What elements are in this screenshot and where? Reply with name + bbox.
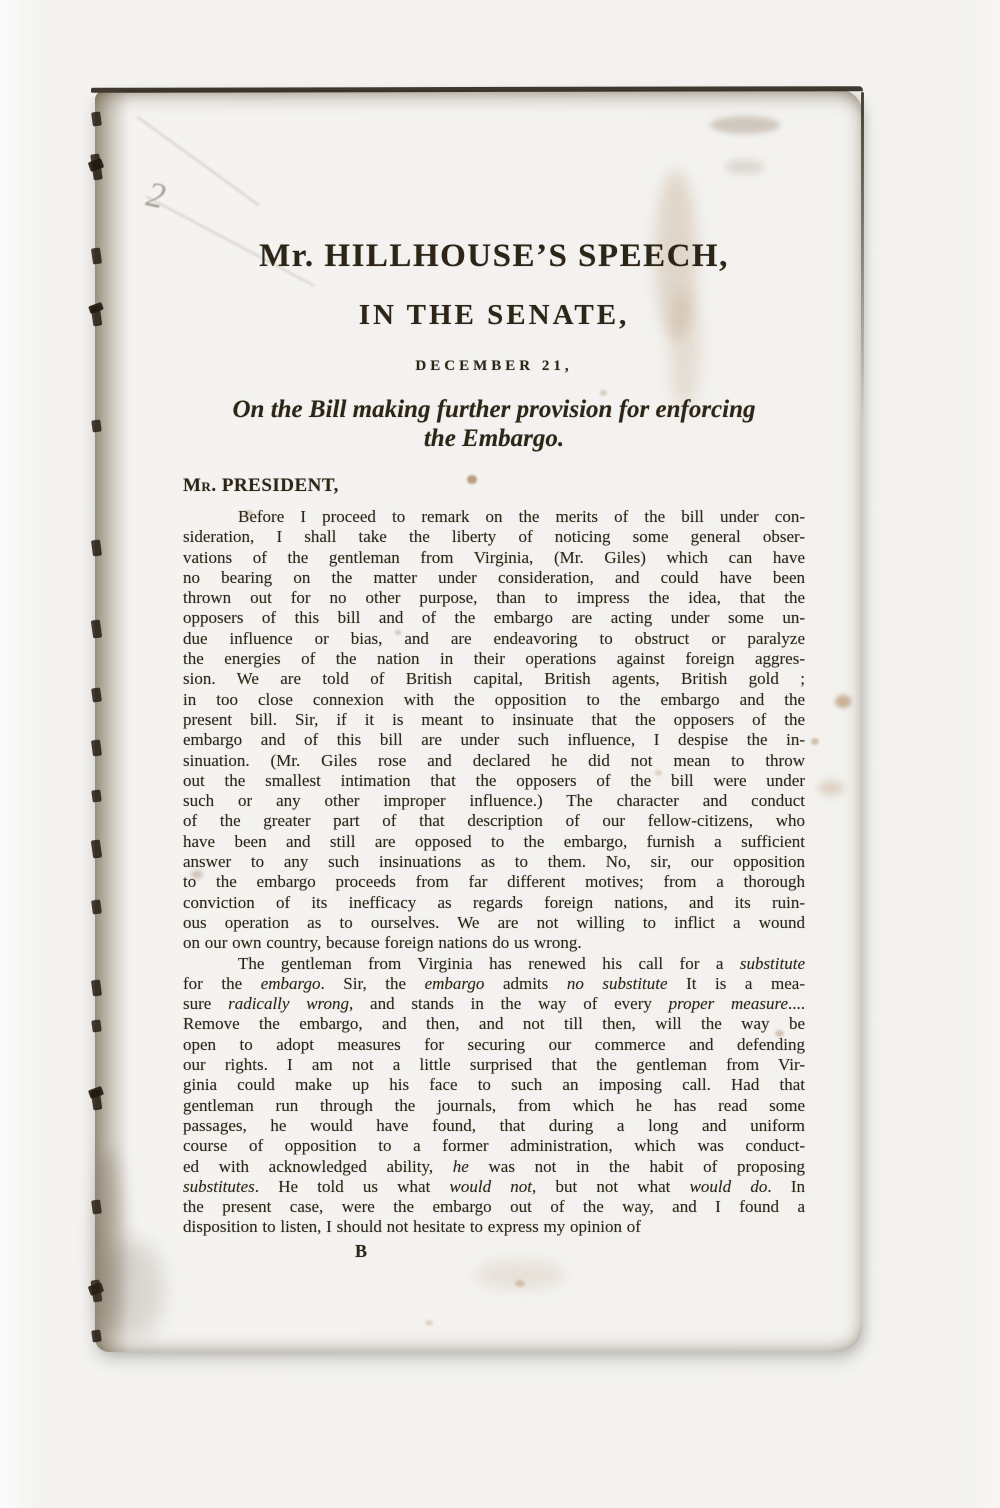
- body-line-segment: thrown out for no other purpose, than to…: [183, 588, 805, 607]
- body-line-segment: for the: [183, 974, 261, 993]
- body-line-segment: ed with acknowledged ability,: [183, 1157, 453, 1176]
- body-line-italic-segment: radically wrong: [228, 994, 349, 1013]
- body-line: on our own country, because foreign nati…: [183, 933, 805, 953]
- body-line-segment: . In: [767, 1177, 805, 1196]
- body-line: no bearing on the matter under considera…: [183, 568, 805, 588]
- body-line: out the smallest intimation that the opp…: [183, 771, 805, 791]
- body-line-segment: sion. We are told of British capital, Br…: [183, 669, 805, 688]
- stain: [425, 1320, 433, 1326]
- body-line-italic-segment: no substitute: [567, 974, 668, 993]
- body-line-italic-segment: proper measure: [669, 994, 788, 1013]
- body-line-segment: out the smallest intimation that the opp…: [183, 771, 805, 790]
- body-line: open to adopt measures for securing our …: [183, 1035, 805, 1055]
- body-line: in too close connexion with the oppositi…: [183, 690, 805, 710]
- stitch-mark: [91, 687, 102, 702]
- body-line-segment: the present case, were the embargo out o…: [183, 1197, 805, 1216]
- body-line-segment: embargo and of this bill are under such …: [183, 730, 805, 749]
- body-line: disposition to listen, I should not hesi…: [183, 1217, 805, 1237]
- body-line-segment: sideration, I shall take the liberty of …: [183, 527, 805, 546]
- body-line: The gentleman from Virginia has renewed …: [183, 954, 805, 974]
- speech-subtitle-senate: IN THE SENATE,: [183, 299, 805, 332]
- stitch-mark: [91, 419, 102, 432]
- stitch-mark: [91, 1199, 102, 1214]
- body-line: of the greater part of that description …: [183, 811, 805, 831]
- body-line: the present case, were the embargo out o…: [183, 1197, 805, 1217]
- body-line: sion. We are told of British capital, Br…: [183, 669, 805, 689]
- body-line-segment: sure: [183, 994, 228, 1013]
- speech-title: Mr. HILLHOUSE’S SPEECH,: [183, 238, 805, 275]
- body-line: vations of the gentleman from Virginia, …: [183, 548, 805, 568]
- body-line: the energies of the nation in their oper…: [183, 649, 805, 669]
- body-line: gentleman run through the journals, from…: [183, 1096, 805, 1116]
- body-line: due influence or bias, and are endeavori…: [183, 629, 805, 649]
- stain: [710, 116, 780, 134]
- body-line-segment: ....: [788, 994, 805, 1013]
- stitch-mark: [91, 1329, 102, 1342]
- photo-background: 2 Mr. HILLHOUSE’S SPEECH, IN THE SENATE,…: [0, 0, 1000, 1508]
- body-line-segment: to the embargo proceeds from far differe…: [183, 872, 805, 891]
- pencil-mark: 2: [143, 173, 169, 218]
- body-line-italic-segment: embargo: [425, 974, 485, 993]
- body-line-italic-segment: substitutes: [183, 1177, 255, 1196]
- body-line-segment: , and stands in the way of every: [349, 994, 669, 1013]
- body-line-segment: on our own country, because foreign nati…: [183, 933, 582, 952]
- stitch-mark: [91, 111, 102, 126]
- stain: [515, 1280, 525, 1287]
- body-line-segment: in too close connexion with the oppositi…: [183, 690, 805, 709]
- body-line-segment: passages, he would have found, that duri…: [183, 1116, 805, 1135]
- body-line: to the embargo proceeds from far differe…: [183, 872, 805, 892]
- body-line-segment: was not in the habit of proposing: [469, 1157, 805, 1176]
- body-line-segment: . Sir, the: [321, 974, 425, 993]
- body-line: answer to any such insinuations as to th…: [183, 852, 805, 872]
- spine-shading: [95, 90, 129, 1352]
- body-line-segment: course of opposition to a former adminis…: [183, 1136, 805, 1155]
- body-line: opposers of this bill and of the embargo…: [183, 608, 805, 628]
- body-line-segment: disposition to listen, I should not hesi…: [183, 1217, 641, 1236]
- body-line-segment: the energies of the nation in their oper…: [183, 649, 805, 668]
- body-line-italic-segment: he: [453, 1157, 469, 1176]
- body-line-segment: , but not what: [532, 1177, 690, 1196]
- body-line: substitutes. He told us what would not, …: [183, 1177, 805, 1197]
- body-line-segment: Remove the embargo, and then, and not ti…: [183, 1014, 805, 1033]
- body-line: embargo and of this bill are under such …: [183, 730, 805, 750]
- body-line-italic-segment: substitute: [740, 954, 805, 973]
- body-line: present bill. Sir, if it is meant to ins…: [183, 710, 805, 730]
- body-line-italic-segment: would do: [690, 1177, 768, 1196]
- body-line: our rights. I am not a little surprised …: [183, 1055, 805, 1075]
- bill-subtitle-line-1: On the Bill making further provision for…: [183, 395, 805, 424]
- pamphlet-page: 2 Mr. HILLHOUSE’S SPEECH, IN THE SENATE,…: [95, 90, 862, 1352]
- body-line: sinuation. (Mr. Giles rose and declared …: [183, 751, 805, 771]
- body-line-segment: have been and still are opposed to the e…: [183, 832, 805, 851]
- body-line-segment: gentleman run through the journals, from…: [183, 1096, 805, 1115]
- stain: [835, 695, 851, 708]
- stain: [811, 738, 819, 745]
- body-line: have been and still are opposed to the e…: [183, 832, 805, 852]
- body-line-segment: open to adopt measures for securing our …: [183, 1035, 805, 1054]
- body-line: sideration, I shall take the liberty of …: [183, 527, 805, 547]
- body-line: for the embargo. Sir, the embargo admits…: [183, 974, 805, 994]
- body-line-segment: of the greater part of that description …: [183, 811, 805, 830]
- body-line: Remove the embargo, and then, and not ti…: [183, 1014, 805, 1034]
- salutation: Mr. PRESIDENT,: [183, 475, 805, 497]
- body-line-italic-segment: embargo: [261, 974, 321, 993]
- page-top-edge: [91, 86, 863, 93]
- body-line-segment: It is a mea-: [668, 974, 805, 993]
- body-line-segment: due influence or bias, and are endeavori…: [183, 629, 805, 648]
- stain: [475, 1260, 565, 1290]
- stitch-mark: [91, 789, 102, 802]
- stain: [725, 160, 765, 174]
- body-line: such or any other improper influence.) T…: [183, 791, 805, 811]
- stain: [818, 780, 844, 796]
- body-line: ed with acknowledged ability, he was not…: [183, 1157, 805, 1177]
- bill-subtitle: On the Bill making further provision for…: [183, 395, 805, 453]
- body-line-segment: vations of the gentleman from Virginia, …: [183, 548, 805, 567]
- body-line-segment: present bill. Sir, if it is meant to ins…: [183, 710, 805, 729]
- stitch-mark: [91, 1019, 102, 1032]
- body-line-segment: admits: [484, 974, 566, 993]
- body-line-segment: ginia could make up his face to such an …: [183, 1075, 805, 1094]
- body-line-segment: ous operation as to ourselves. We are no…: [183, 913, 805, 932]
- printed-text-block: Mr. HILLHOUSE’S SPEECH, IN THE SENATE, D…: [183, 238, 805, 1262]
- body-line: ous operation as to ourselves. We are no…: [183, 913, 805, 933]
- body-text: Before I proceed to remark on the merits…: [183, 507, 805, 1238]
- bill-subtitle-line-2: the Embargo.: [183, 424, 805, 453]
- body-line-segment: Before I proceed to remark on the merits…: [238, 507, 805, 526]
- speech-date: DECEMBER 21,: [183, 358, 805, 375]
- body-line-segment: conviction of its inefficacy as regards …: [183, 893, 805, 912]
- body-line-segment: The gentleman from Virginia has renewed …: [238, 954, 740, 973]
- body-line-segment: our rights. I am not a little surprised …: [183, 1055, 805, 1074]
- stitch-mark: [91, 899, 102, 914]
- body-line: ginia could make up his face to such an …: [183, 1075, 805, 1095]
- body-line: course of opposition to a former adminis…: [183, 1136, 805, 1156]
- body-line: conviction of its inefficacy as regards …: [183, 893, 805, 913]
- body-line-segment: such or any other improper influence.) T…: [183, 791, 805, 810]
- body-line: passages, he would have found, that duri…: [183, 1116, 805, 1136]
- body-line-italic-segment: would not: [450, 1177, 533, 1196]
- body-line-segment: . He told us what: [255, 1177, 450, 1196]
- body-line: thrown out for no other purpose, than to…: [183, 588, 805, 608]
- body-line-segment: sinuation. (Mr. Giles rose and declared …: [183, 751, 805, 770]
- body-line-segment: no bearing on the matter under considera…: [183, 568, 805, 587]
- body-line-segment: answer to any such insinuations as to th…: [183, 852, 805, 871]
- page-right-edge: [861, 92, 864, 422]
- body-line: sure radically wrong, and stands in the …: [183, 994, 805, 1014]
- body-line: Before I proceed to remark on the merits…: [183, 507, 805, 527]
- signature-mark: B: [355, 1241, 805, 1262]
- body-line-segment: opposers of this bill and of the embargo…: [183, 608, 805, 627]
